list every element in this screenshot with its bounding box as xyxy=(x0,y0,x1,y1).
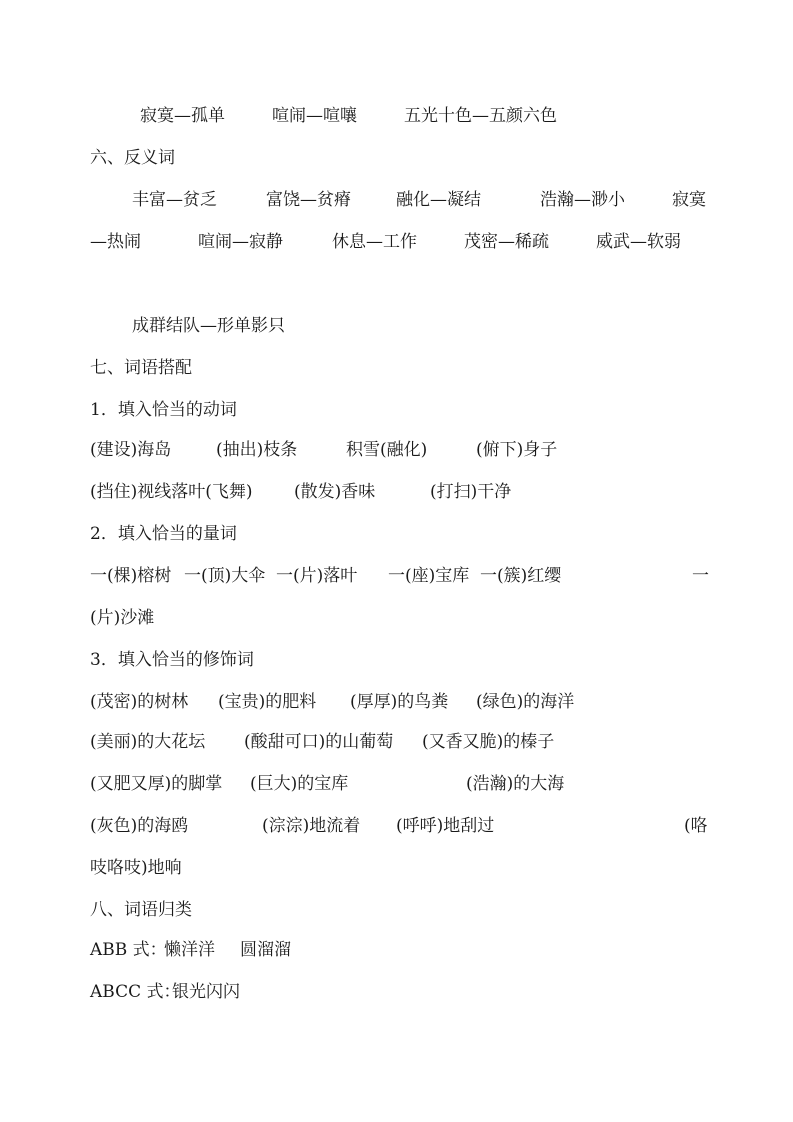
word-pair: 丰富—贫乏 xyxy=(132,188,217,212)
phrase: (宝贵)的肥料 xyxy=(218,690,316,714)
phrase: (片)沙滩 xyxy=(90,606,154,630)
phrase: (打扫)干净 xyxy=(430,480,511,504)
pattern-label: ABCC 式： xyxy=(90,980,181,1004)
phrase: (绿色)的海洋 xyxy=(476,690,574,714)
phrase: (厚厚)的鸟粪 xyxy=(350,690,448,714)
document-page: 寂寞—孤单 喧闹—喧嚷 五光十色—五颜六色 六、反义词 丰富—贫乏 富饶—贫瘠 … xyxy=(0,0,793,1122)
word-pair: 休息—工作 xyxy=(332,230,417,254)
phrase: (酸甜可口)的山葡萄 xyxy=(244,730,393,754)
phrase: (淙淙)地流着 xyxy=(262,814,360,838)
word-pair: 浩瀚—渺小 xyxy=(540,188,625,212)
phrase: (挡住)视线落叶(飞舞) xyxy=(90,480,253,504)
word-pair: 喧闹—喧嚷 xyxy=(272,104,357,128)
subheading: 3．填入恰当的修饰词 xyxy=(90,648,254,672)
word-pair: 茂密—稀疏 xyxy=(464,230,549,254)
subheading: 2．填入恰当的量词 xyxy=(90,522,237,546)
phrase: (呼呼)地刮过 xyxy=(396,814,494,838)
phrase: (建设)海岛 xyxy=(90,438,171,462)
word-pair: 寂寞—孤单 xyxy=(140,104,225,128)
phrase: (美丽)的大花坛 xyxy=(90,730,205,754)
phrase: 一(簇)红缨 xyxy=(480,564,561,588)
phrase: 一 xyxy=(692,564,709,588)
word-pair: 成群结队—形单影只 xyxy=(132,314,285,338)
word: 银光闪闪 xyxy=(172,980,240,1004)
word-pair: 威武—软弱 xyxy=(596,230,681,254)
word-pair: 喧闹—寂静 xyxy=(198,230,283,254)
pattern-label: ABB 式： xyxy=(90,938,167,962)
word: 圆溜溜 xyxy=(240,938,291,962)
word-pair: 融化—凝结 xyxy=(396,188,481,212)
phrase: (又香又脆)的榛子 xyxy=(422,730,554,754)
section-heading: 八、词语归类 xyxy=(90,898,192,922)
phrase: (浩瀚)的大海 xyxy=(466,772,564,796)
phrase: 一(顶)大伞 xyxy=(184,564,265,588)
phrase: (茂密)的树林 xyxy=(90,690,188,714)
phrase: (巨大)的宝库 xyxy=(250,772,348,796)
word-pair: —热闹 xyxy=(90,230,141,254)
word-pair: 寂寞 xyxy=(672,188,706,212)
phrase: 一(棵)榕树 xyxy=(90,564,171,588)
word-pair: 富饶—贫瘠 xyxy=(266,188,351,212)
subheading: 1．填入恰当的动词 xyxy=(90,398,237,422)
phrase: (又肥又厚)的脚掌 xyxy=(90,772,222,796)
phrase: 吱咯吱)地响 xyxy=(90,856,182,880)
word-pair: 五光十色—五颜六色 xyxy=(404,104,557,128)
phrase: 一(座)宝库 xyxy=(388,564,469,588)
phrase: (俯下)身子 xyxy=(476,438,557,462)
section-heading: 六、反义词 xyxy=(90,146,175,170)
phrase: 一(片)落叶 xyxy=(276,564,357,588)
phrase: 积雪(融化) xyxy=(346,438,427,462)
section-heading: 七、词语搭配 xyxy=(90,356,192,380)
phrase: (抽出)枝条 xyxy=(216,438,297,462)
phrase: (散发)香味 xyxy=(294,480,375,504)
phrase: (灰色)的海鸥 xyxy=(90,814,188,838)
word: 懒洋洋 xyxy=(164,938,215,962)
phrase: (咯 xyxy=(684,814,708,838)
